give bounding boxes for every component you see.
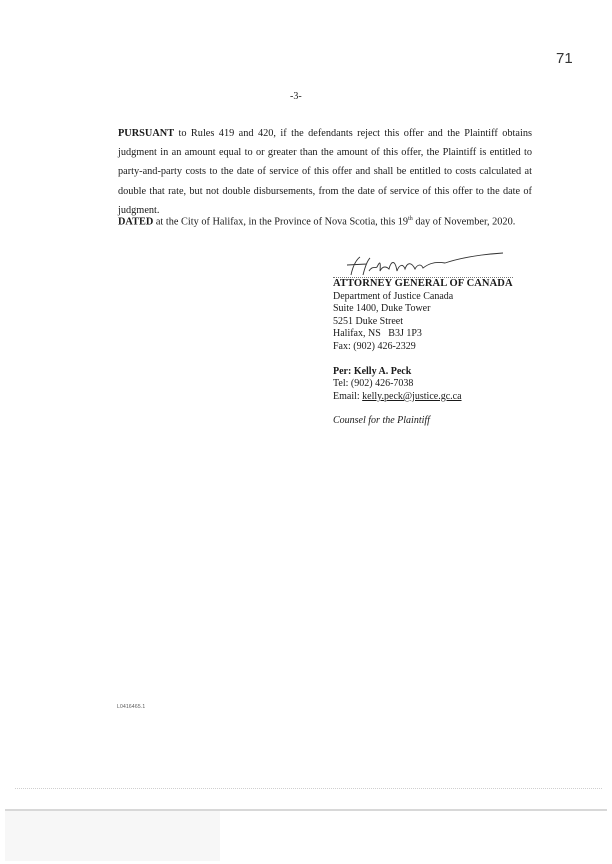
- signature-line: [333, 255, 513, 278]
- office-name: ATTORNEY GENERAL OF CANADA: [333, 278, 523, 291]
- counsel-name: Per: Kelly A. Peck: [333, 366, 523, 379]
- scan-artifact-line: [15, 788, 602, 789]
- paragraph-lead: PURSUANT: [118, 128, 174, 139]
- paragraph-text-end: day of November, 2020.: [413, 216, 516, 227]
- address-line: Suite 1400, Duke Tower: [333, 303, 523, 316]
- tel-number: Tel: (902) 426-7038: [333, 378, 523, 391]
- email-line: Email: kelly.peck@justice.gc.ca: [333, 391, 523, 404]
- address-line: 5251 Duke Street: [333, 316, 523, 329]
- email-link[interactable]: kelly.peck@justice.gc.ca: [362, 391, 461, 402]
- signature-block: ATTORNEY GENERAL OF CANADA Department of…: [333, 255, 523, 428]
- page-number: -3-: [290, 91, 302, 102]
- paragraph-pursuant: PURSUANT to Rules 419 and 420, if the de…: [118, 124, 532, 220]
- scan-artifact-shade: [5, 811, 220, 861]
- paragraph-text: at the City of Halifax, in the Province …: [153, 216, 408, 227]
- fax-number: Fax: (902) 426-2329: [333, 341, 523, 354]
- counsel-role: Counsel for the Plaintiff: [333, 415, 523, 428]
- document-id: L0416465.1: [117, 704, 145, 710]
- paragraph-text: to Rules 419 and 420, if the defendants …: [118, 128, 532, 216]
- paragraph-dated: DATED at the City of Halifax, in the Pro…: [118, 210, 548, 232]
- email-label: Email:: [333, 391, 362, 402]
- paragraph-lead: DATED: [118, 216, 153, 227]
- stamp-number: 71: [556, 50, 573, 67]
- address-line: Department of Justice Canada: [333, 291, 523, 304]
- handwritten-signature-icon: [333, 251, 513, 279]
- address-line: Halifax, NS B3J 1P3: [333, 328, 523, 341]
